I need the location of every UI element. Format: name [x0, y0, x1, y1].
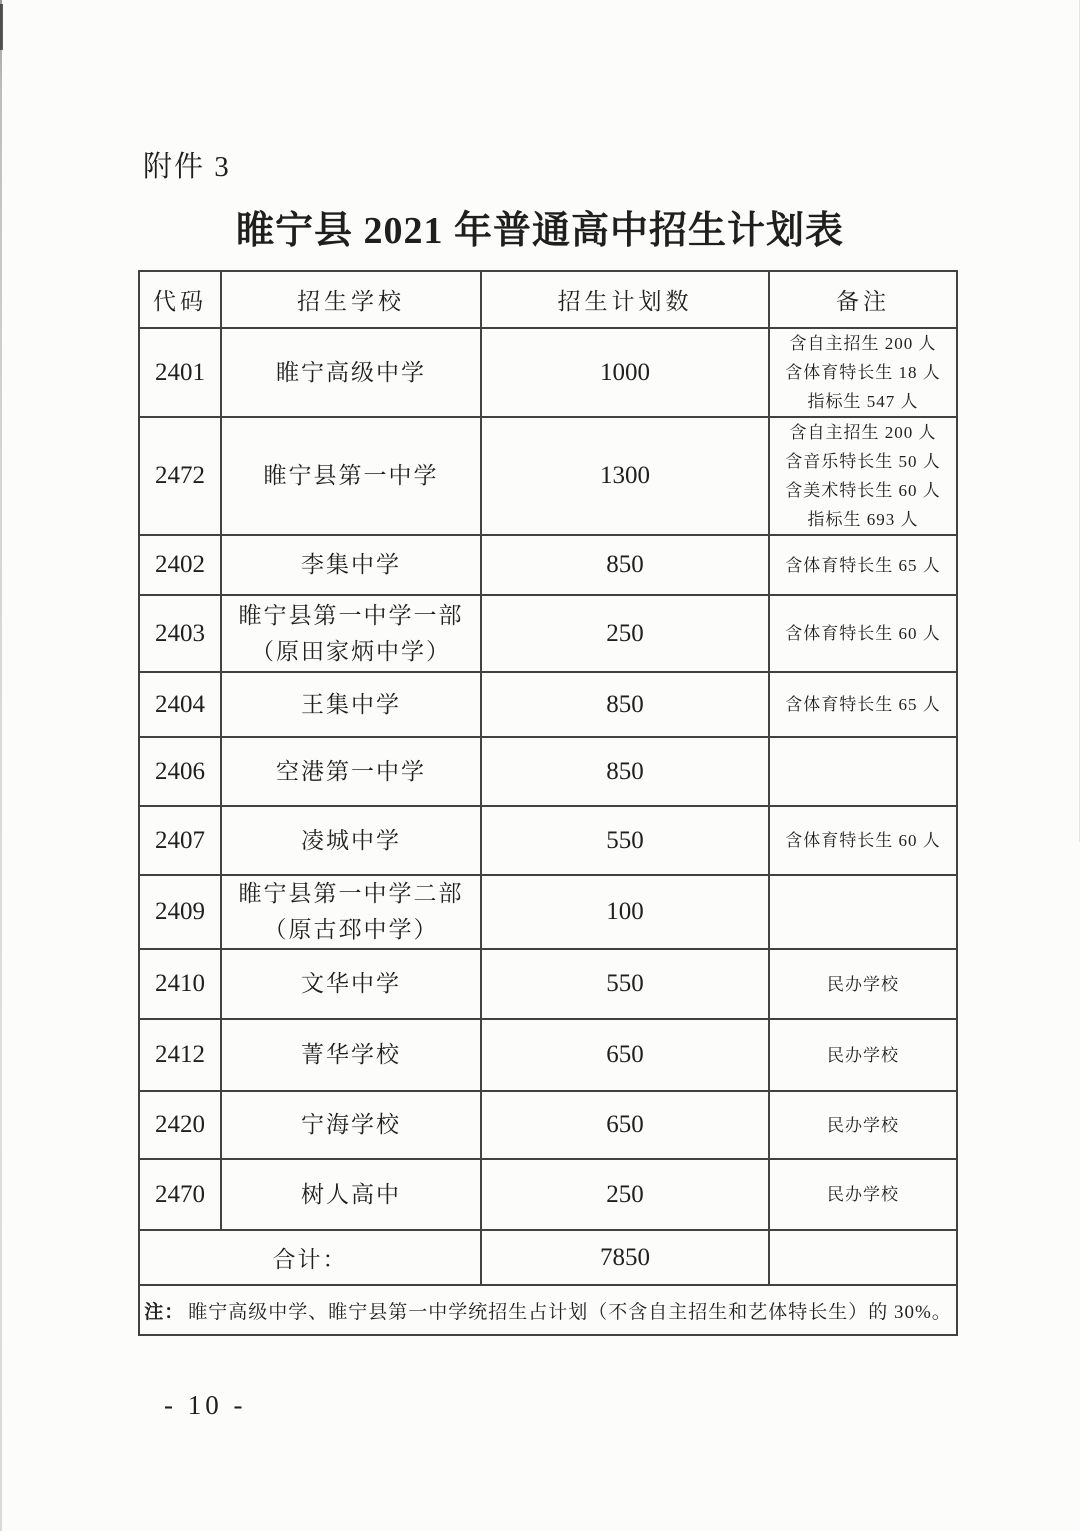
- plan-count-cell: 850: [481, 535, 769, 595]
- school-cell: 睢宁县第一中学一部（原田家炳中学）: [221, 595, 481, 672]
- remark-cell: 含自主招生 200 人含音乐特长生 50 人含美术特长生 60 人指标生 693…: [769, 417, 957, 535]
- table-row: 2406空港第一中学850: [139, 737, 957, 806]
- plan-count-cell: 850: [481, 672, 769, 737]
- plan-count-cell: 650: [481, 1091, 769, 1159]
- column-header: 备注: [769, 271, 957, 328]
- column-header: 招生学校: [221, 271, 481, 328]
- remark-cell: 民办学校: [769, 1091, 957, 1159]
- code-cell: 2472: [139, 417, 221, 535]
- remark-cell: [769, 737, 957, 806]
- code-cell: 2401: [139, 328, 221, 417]
- school-name-line: 李集中学: [222, 547, 480, 583]
- plan-count-cell: 250: [481, 595, 769, 672]
- code-cell: 2402: [139, 535, 221, 595]
- scan-artifact: [0, 4, 3, 50]
- school-cell: 凌城中学: [221, 806, 481, 875]
- school-cell: 王集中学: [221, 672, 481, 737]
- school-cell: 睢宁高级中学: [221, 328, 481, 417]
- remark-line: 含体育特长生 60 人: [770, 619, 956, 648]
- table-row: 2402李集中学850含体育特长生 65 人: [139, 535, 957, 595]
- table-row: 2470树人高中250民办学校: [139, 1159, 957, 1230]
- remark-line: 含体育特长生 18 人: [770, 358, 956, 387]
- total-row: 合计：7850: [139, 1230, 957, 1285]
- school-name-line: 菁华学校: [222, 1037, 480, 1073]
- remark-line: 含美术特长生 60 人: [770, 476, 956, 505]
- attachment-label: 附件 3: [143, 144, 231, 185]
- plan-count-cell: 250: [481, 1159, 769, 1230]
- footnote-text: 睢宁高级中学、睢宁县第一中学统招生占计划（不含自主招生和艺体特长生）的 30%。: [188, 1302, 952, 1323]
- document-page: 附件 3 睢宁县 2021 年普通高中招生计划表 代码招生学校招生计划数备注 2…: [0, 0, 1080, 1531]
- school-name-line: （原古邳中学）: [222, 912, 480, 948]
- school-cell: 睢宁县第一中学二部（原古邳中学）: [221, 875, 481, 949]
- table-row: 2412菁华学校650民办学校: [139, 1019, 957, 1091]
- table-row: 2403睢宁县第一中学一部（原田家炳中学）250含体育特长生 60 人: [139, 595, 957, 672]
- remark-cell: 民办学校: [769, 1019, 957, 1091]
- school-cell: 李集中学: [221, 535, 481, 595]
- remark-cell: 含体育特长生 60 人: [769, 806, 957, 875]
- enrollment-plan-table: 代码招生学校招生计划数备注 2401睢宁高级中学1000含自主招生 200 人含…: [138, 270, 958, 1336]
- remark-line: 民办学校: [770, 1180, 956, 1209]
- remark-cell-empty: [769, 1230, 957, 1285]
- remark-cell: 民办学校: [769, 949, 957, 1019]
- remark-cell: 含体育特长生 65 人: [769, 672, 957, 737]
- remark-line: 指标生 547 人: [770, 387, 956, 416]
- school-name-line: 睢宁县第一中学: [222, 458, 480, 494]
- table-row: 2472睢宁县第一中学1300含自主招生 200 人含音乐特长生 50 人含美术…: [139, 417, 957, 535]
- code-cell: 2420: [139, 1091, 221, 1159]
- plan-count-cell: 1300: [481, 417, 769, 535]
- remark-line: 含体育特长生 60 人: [770, 826, 956, 855]
- plan-count-cell: 650: [481, 1019, 769, 1091]
- school-name-line: 睢宁县第一中学一部: [222, 598, 480, 634]
- remark-line: 含自主招生 200 人: [770, 418, 956, 447]
- code-cell: 2412: [139, 1019, 221, 1091]
- plan-count-cell: 1000: [481, 328, 769, 417]
- remark-line: 含体育特长生 65 人: [770, 690, 956, 719]
- note-row: 注：睢宁高级中学、睢宁县第一中学统招生占计划（不含自主招生和艺体特长生）的 30…: [139, 1285, 957, 1335]
- table-footnote: 注：睢宁高级中学、睢宁县第一中学统招生占计划（不含自主招生和艺体特长生）的 30…: [139, 1285, 957, 1335]
- code-cell: 2403: [139, 595, 221, 672]
- code-cell: 2409: [139, 875, 221, 949]
- table-row: 2401睢宁高级中学1000含自主招生 200 人含体育特长生 18 人指标生 …: [139, 328, 957, 417]
- remark-line: 含体育特长生 65 人: [770, 551, 956, 580]
- school-cell: 宁海学校: [221, 1091, 481, 1159]
- school-cell: 空港第一中学: [221, 737, 481, 806]
- code-cell: 2407: [139, 806, 221, 875]
- remark-line: 民办学校: [770, 1111, 956, 1140]
- remark-line: 指标生 693 人: [770, 505, 956, 534]
- table-row: 2404王集中学850含体育特长生 65 人: [139, 672, 957, 737]
- code-cell: 2470: [139, 1159, 221, 1230]
- code-cell: 2406: [139, 737, 221, 806]
- table-body: 2401睢宁高级中学1000含自主招生 200 人含体育特长生 18 人指标生 …: [139, 328, 957, 1335]
- code-cell: 2410: [139, 949, 221, 1019]
- school-name-line: （原田家炳中学）: [222, 634, 480, 670]
- plan-count-cell: 100: [481, 875, 769, 949]
- school-cell: 文华中学: [221, 949, 481, 1019]
- table-row: 2407凌城中学550含体育特长生 60 人: [139, 806, 957, 875]
- footnote-prefix: 注：: [144, 1302, 184, 1323]
- table-header-row: 代码招生学校招生计划数备注: [139, 271, 957, 328]
- school-name-line: 树人高中: [222, 1177, 480, 1213]
- remark-line: 民办学校: [770, 1041, 956, 1070]
- table-row: 2410文华中学550民办学校: [139, 949, 957, 1019]
- school-cell: 睢宁县第一中学: [221, 417, 481, 535]
- code-cell: 2404: [139, 672, 221, 737]
- school-name-line: 文华中学: [222, 966, 480, 1002]
- total-label-cell: 合计：: [139, 1230, 481, 1285]
- school-name-line: 宁海学校: [222, 1107, 480, 1143]
- school-name-line: 空港第一中学: [222, 754, 480, 790]
- school-cell: 树人高中: [221, 1159, 481, 1230]
- school-cell: 菁华学校: [221, 1019, 481, 1091]
- column-header: 招生计划数: [481, 271, 769, 328]
- table-row: 2420宁海学校650民办学校: [139, 1091, 957, 1159]
- remark-cell: [769, 875, 957, 949]
- school-name-line: 王集中学: [222, 687, 480, 723]
- remark-line: 含音乐特长生 50 人: [770, 447, 956, 476]
- remark-cell: 含自主招生 200 人含体育特长生 18 人指标生 547 人: [769, 328, 957, 417]
- column-header: 代码: [139, 271, 221, 328]
- table-header: 代码招生学校招生计划数备注: [139, 271, 957, 328]
- school-name-line: 凌城中学: [222, 823, 480, 859]
- plan-count-cell: 550: [481, 806, 769, 875]
- plan-count-cell: 550: [481, 949, 769, 1019]
- school-name-line: 睢宁高级中学: [222, 355, 480, 391]
- remark-cell: 含体育特长生 65 人: [769, 535, 957, 595]
- page-number: - 10 -: [164, 1390, 246, 1421]
- school-name-line: 睢宁县第一中学二部: [222, 876, 480, 912]
- plan-count-cell: 850: [481, 737, 769, 806]
- remark-line: 民办学校: [770, 970, 956, 999]
- remark-cell: 民办学校: [769, 1159, 957, 1230]
- remark-line: 含自主招生 200 人: [770, 329, 956, 358]
- total-value-cell: 7850: [481, 1230, 769, 1285]
- page-title: 睢宁县 2021 年普通高中招生计划表: [0, 199, 1080, 254]
- table-row: 2409睢宁县第一中学二部（原古邳中学）100: [139, 875, 957, 949]
- remark-cell: 含体育特长生 60 人: [769, 595, 957, 672]
